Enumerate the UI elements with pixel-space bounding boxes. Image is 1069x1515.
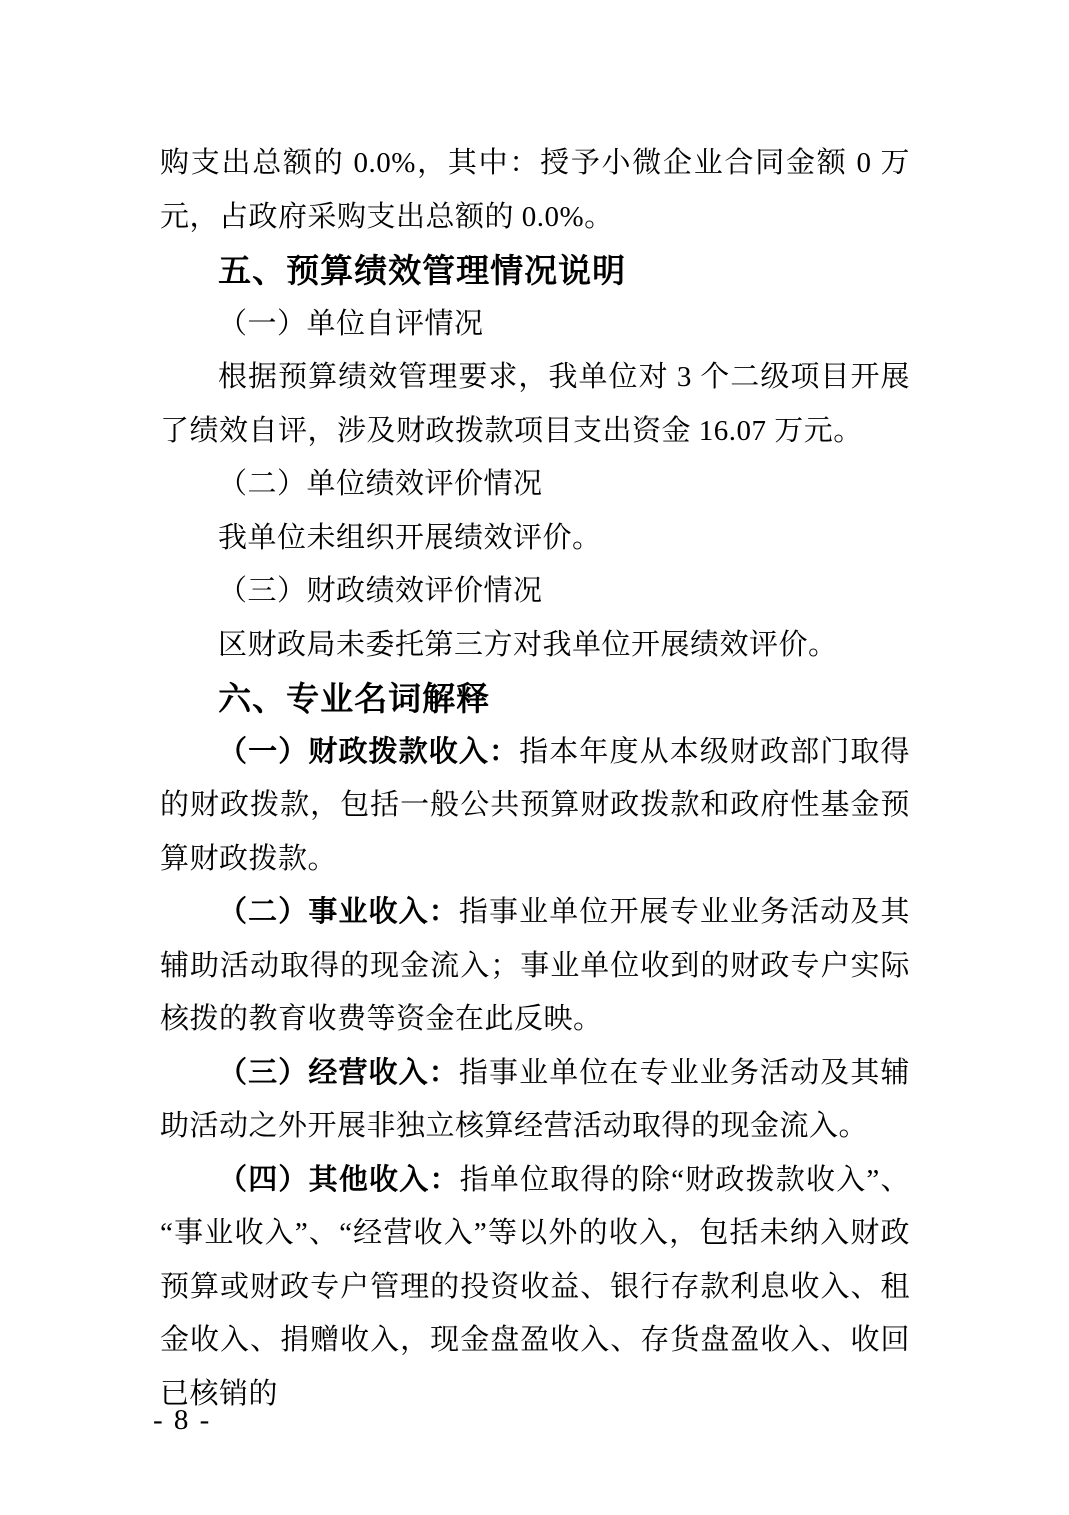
term-lead-operating-income-public: （二）事业收入： [218,896,459,928]
term-lead-other-income: （四）其他收入： [218,1164,460,1196]
term-lead-fiscal-appropriation-income: （一）财政拨款收入： [218,736,519,768]
paragraph-unit-evaluation: 我单位未组织开展绩效评价。 [160,512,910,566]
paragraph-self-evaluation: 根据预算绩效管理要求，我单位对 3 个二级项目开展了绩效自评，涉及财政拨款项目支… [160,351,910,458]
subsection-heading-unit-evaluation: （二）单位绩效评价情况 [160,458,910,512]
subsection-heading-self-evaluation: （一）单位自评情况 [160,298,910,352]
term-definition-operating-income-public: （二）事业收入：指事业单位开展专业业务活动及其辅助活动取得的现金流入；事业单位收… [160,886,910,1047]
term-text-other-income: 指单位取得的除“财政拨款收入”、“事业收入”、“经营收入”等以外的收入，包括未纳… [160,1164,910,1410]
page-number: - 8 - [153,1400,211,1440]
document-page: 购支出总额的 0.0%，其中：授予小微企业合同金额 0 万元，占政府采购支出总额… [0,0,1069,1515]
term-definition-business-income: （三）经营收入：指事业单位在专业业务活动及其辅助活动之外开展非独立核算经营活动取… [160,1047,910,1154]
term-lead-business-income: （三）经营收入： [218,1057,459,1089]
section-heading-5-performance: 五、预算绩效管理情况说明 [160,244,910,298]
term-definition-fiscal-appropriation-income: （一）财政拨款收入：指本年度从本级财政部门取得的财政拨款，包括一般公共预算财政拨… [160,726,910,887]
paragraph-procurement-continued: 购支出总额的 0.0%，其中：授予小微企业合同金额 0 万元，占政府采购支出总额… [160,137,910,244]
subsection-heading-fiscal-evaluation: （三）财政绩效评价情况 [160,565,910,619]
term-definition-other-income: （四）其他收入：指单位取得的除“财政拨款收入”、“事业收入”、“经营收入”等以外… [160,1154,910,1422]
section-heading-6-glossary: 六、专业名词解释 [160,672,910,726]
document-body: 购支出总额的 0.0%，其中：授予小微企业合同金额 0 万元，占政府采购支出总额… [160,137,910,1421]
paragraph-fiscal-evaluation: 区财政局未委托第三方对我单位开展绩效评价。 [160,619,910,673]
